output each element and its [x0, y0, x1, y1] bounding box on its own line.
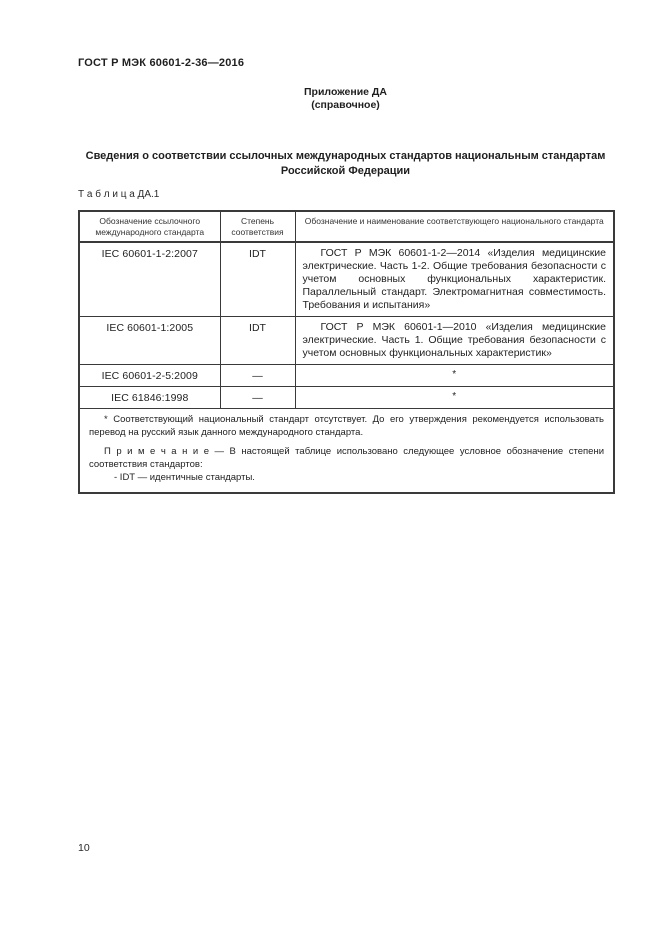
- footnote-text: * Соответствующий национальный стандарт …: [89, 414, 604, 439]
- cell-degree: —: [220, 365, 295, 387]
- document-page: ГОСТ Р МЭК 60601-2-36—2016 Приложение ДА…: [0, 0, 661, 935]
- document-number: ГОСТ Р МЭК 60601-2-36—2016: [78, 57, 244, 69]
- header-degree: Степень соответствия: [220, 211, 295, 242]
- cell-degree: —: [220, 387, 295, 409]
- appendix-type: (справочное): [78, 99, 613, 112]
- note-item: - IDT — идентичные стандарты.: [89, 472, 604, 485]
- appendix-heading: Приложение ДА (справочное): [78, 86, 613, 112]
- table-row: IEC 61846:1998 — *: [79, 387, 614, 409]
- cell-reference: IEC 60601-1:2005: [79, 317, 220, 365]
- table-footnote-cell: * Соответствующий национальный стандарт …: [79, 409, 614, 493]
- cell-reference: IEC 60601-1-2:2007: [79, 242, 220, 317]
- table-row: IEC 60601-1-2:2007 IDT ГОСТ Р МЭК 60601-…: [79, 242, 614, 317]
- table-row: IEC 60601-1:2005 IDT ГОСТ Р МЭК 60601-1—…: [79, 317, 614, 365]
- table-caption: Т а б л и ц а ДА.1: [78, 189, 159, 200]
- cell-degree: IDT: [220, 242, 295, 317]
- cell-national: *: [295, 387, 614, 409]
- table-row: IEC 60601-2-5:2009 — *: [79, 365, 614, 387]
- cell-national: ГОСТ Р МЭК 60601-1—2010 «Изделия медицин…: [295, 317, 614, 365]
- cell-national: ГОСТ Р МЭК 60601-1-2—2014 «Изделия медиц…: [295, 242, 614, 317]
- appendix-label: Приложение ДА: [78, 86, 613, 99]
- cell-degree: IDT: [220, 317, 295, 365]
- correspondence-table-wrap: Обозначение ссылочного международного ст…: [78, 210, 613, 494]
- cell-reference: IEC 60601-2-5:2009: [79, 365, 220, 387]
- table-header: Обозначение ссылочного международного ст…: [79, 211, 614, 242]
- table-footnote-row: * Соответствующий национальный стандарт …: [79, 409, 614, 493]
- correspondence-table: Обозначение ссылочного международного ст…: [78, 210, 615, 494]
- section-title: Сведения о соответствии ссылочных междун…: [70, 149, 621, 179]
- note-paragraph: П р и м е ч а н и е — В настоящей таблиц…: [89, 446, 604, 471]
- page-number: 10: [78, 842, 90, 854]
- cell-reference: IEC 61846:1998: [79, 387, 220, 409]
- cell-national: *: [295, 365, 614, 387]
- header-national-standard: Обозначение и наименование соответствующ…: [295, 211, 614, 242]
- note-label: П р и м е ч а н и е: [104, 446, 209, 457]
- header-reference-standard: Обозначение ссылочного международного ст…: [79, 211, 220, 242]
